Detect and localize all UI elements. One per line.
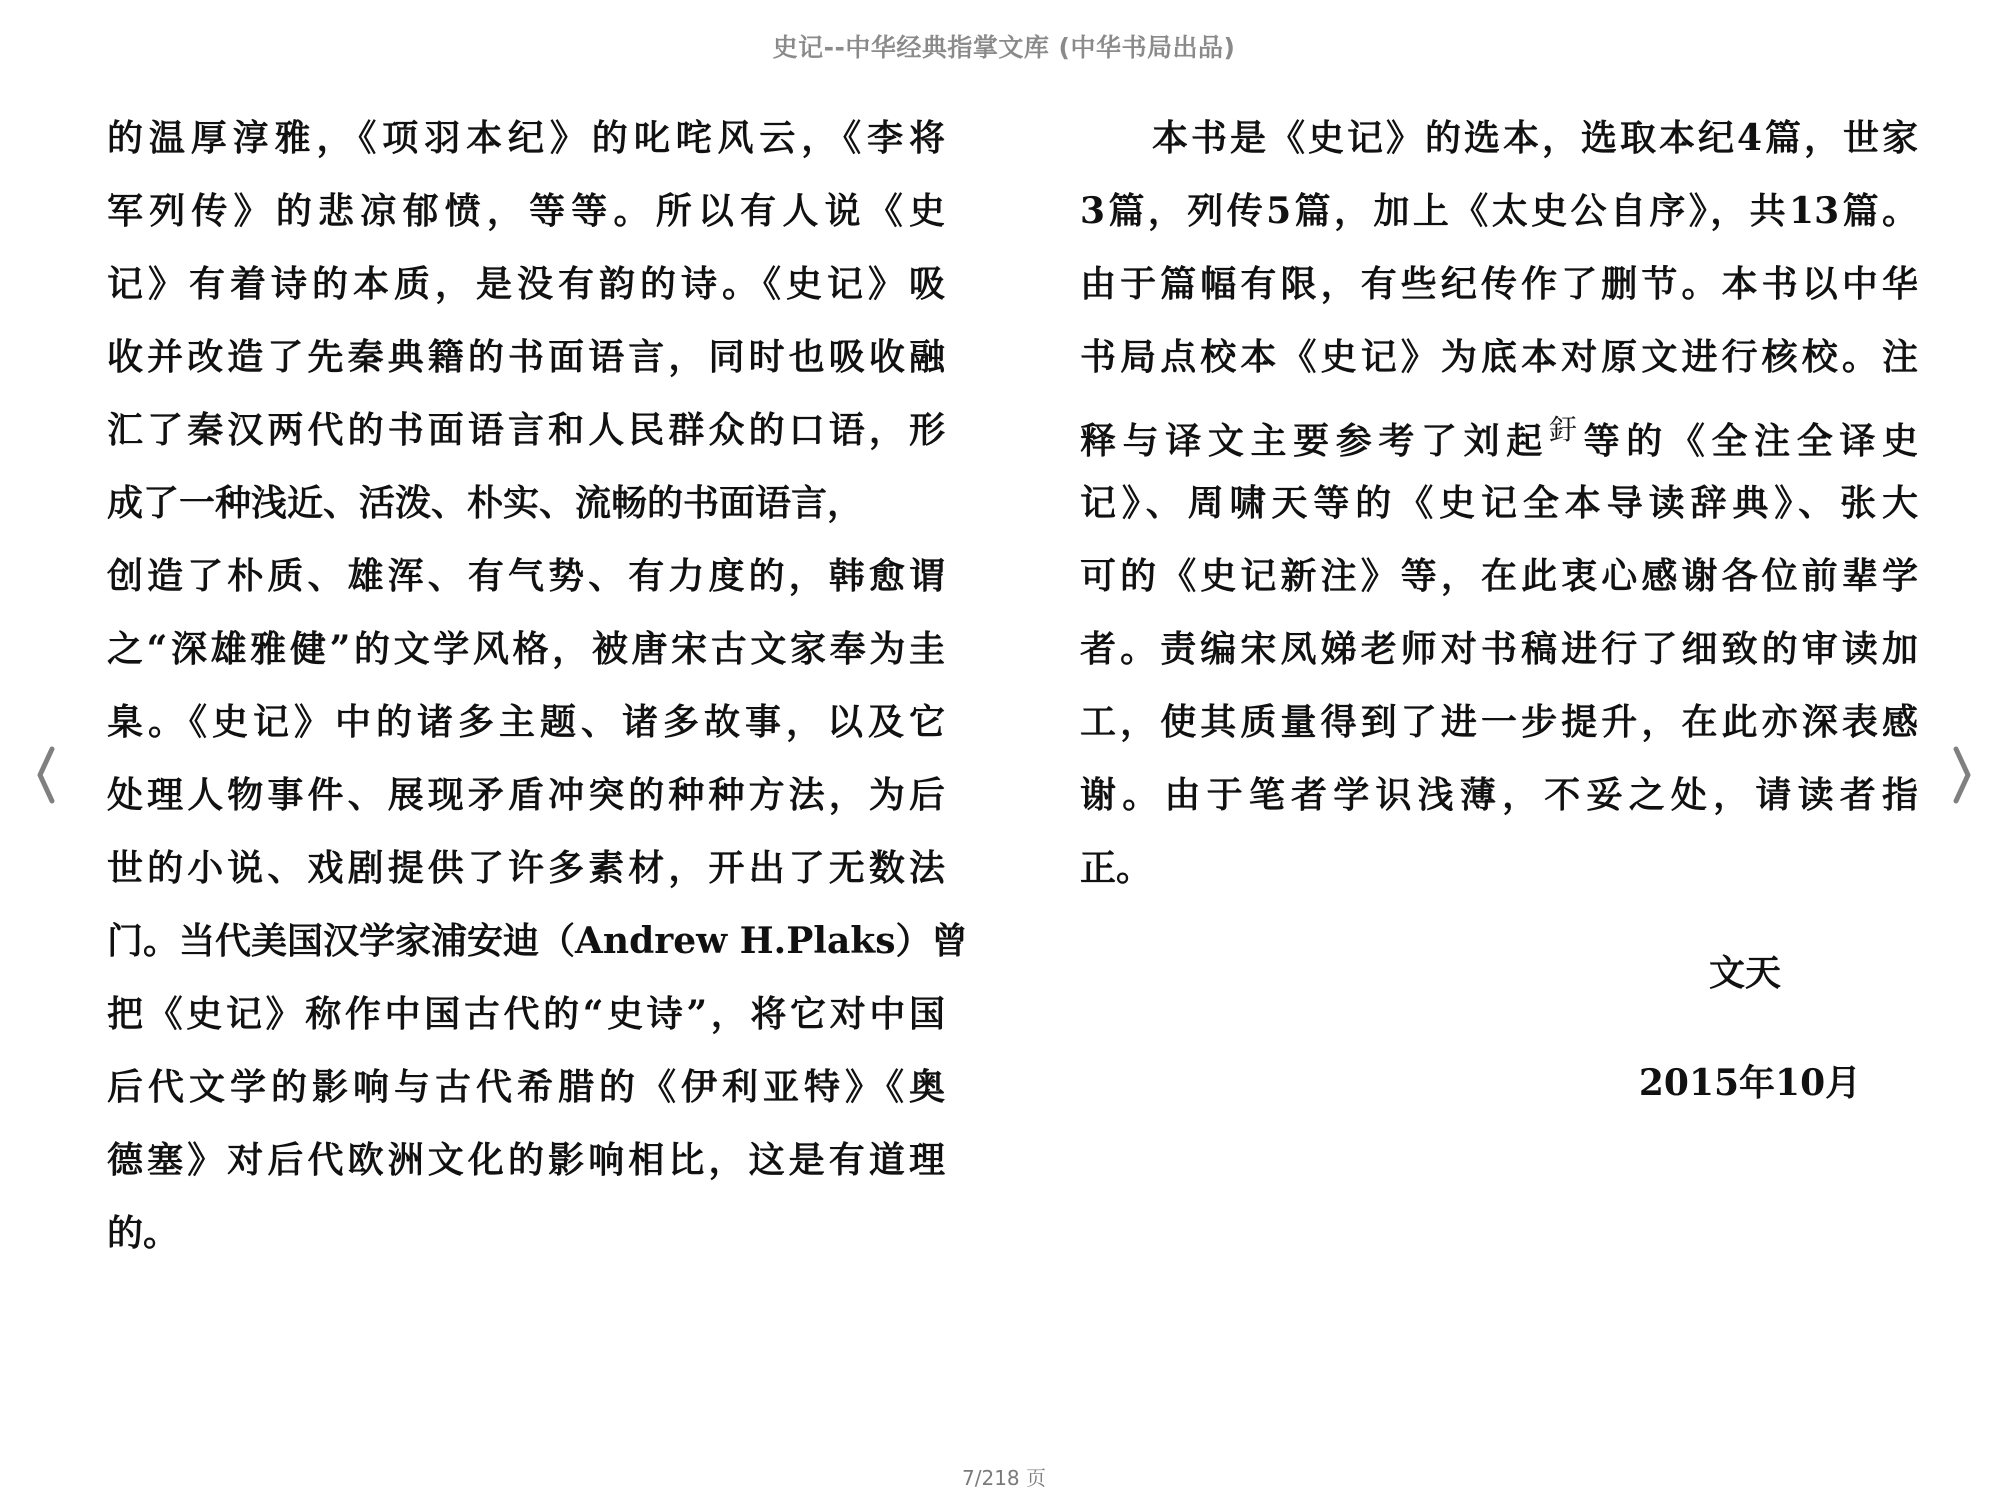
- next-page-button[interactable]: [1942, 735, 1982, 815]
- signature-date: 2015年10月: [1630, 1055, 1870, 1106]
- text-line: 门。当代美国汉学家浦安迪（Andrew H.Plaks）曾: [107, 911, 945, 984]
- text-line: 正。: [1080, 838, 1918, 911]
- text-line: 记》、周啸天等的《史记全本导读辞典》、张大: [1080, 473, 1918, 546]
- left-page-text: 的温厚淳雅，《项羽本纪》的叱咤风云，《李将 军列传》的悲凉郁愤，等等。所以有人说…: [107, 108, 945, 1276]
- text-line: 可的《史记新注》等，在此衷心感谢各位前辈学: [1080, 546, 1918, 619]
- text-line: 军列传》的悲凉郁愤，等等。所以有人说《史: [107, 181, 945, 254]
- text-line: 谢。由于笔者学识浅薄，不妥之处，请读者指: [1080, 765, 1918, 838]
- text-line: 德塞》对后代欧洲文化的影响相比，这是有道理: [107, 1130, 945, 1203]
- chevron-left-icon: [26, 735, 66, 815]
- text-line: 工，使其质量得到了进一步提升，在此亦深表感: [1080, 692, 1918, 765]
- text-segment: 等的《全注全译史: [1584, 420, 1918, 462]
- text-line: 成了一种浅近、活泼、朴实、流畅的书面语言，: [107, 473, 945, 546]
- text-line: 臬。《史记》中的诸多主题、诸多故事，以及它: [107, 692, 945, 765]
- page-indicator: 7/218 页: [0, 1462, 2008, 1491]
- signature-author: 文天: [1645, 945, 1845, 996]
- text-line: 释与译文主要参考了刘起釪等的《全注全译史: [1080, 400, 1918, 473]
- text-line: 书局点校本《史记》为底本对原文进行核校。注: [1080, 327, 1918, 400]
- text-line: 把《史记》称作中国古代的“史诗”，将它对中国: [107, 984, 945, 1057]
- text-line: 的温厚淳雅，《项羽本纪》的叱咤风云，《李将: [107, 108, 945, 181]
- book-title: 史记--中华经典指掌文库 (中华书局出品): [0, 28, 2008, 64]
- right-page-text: 本书是《史记》的选本，选取本纪4篇，世家 3篇，列传5篇，加上《太史公自序》，共…: [1080, 108, 1918, 911]
- text-line: 后代文学的影响与古代希腊的《伊利亚特》《奥: [107, 1057, 945, 1130]
- text-line: 处理人物事件、展现矛盾冲突的种种方法，为后: [107, 765, 945, 838]
- text-line: 者。责编宋凤娣老师对书稿进行了细致的审读加: [1080, 619, 1918, 692]
- text-line: 之“深雄雅健”的文学风格，被唐宋古文家奉为圭: [107, 619, 945, 692]
- text-line: 汇了秦汉两代的书面语言和人民群众的口语，形: [107, 400, 945, 473]
- chevron-right-icon: [1942, 735, 1982, 815]
- text-line: 由于篇幅有限，有些纪传作了删节。本书以中华: [1080, 254, 1918, 327]
- text-line: 的。: [107, 1203, 945, 1276]
- text-segment: 释与译文主要参考了刘起: [1080, 420, 1549, 462]
- text-line: 创造了朴质、雄浑、有气势、有力度的，韩愈谓: [107, 546, 945, 619]
- text-line: 收并改造了先秦典籍的书面语言，同时也吸收融: [107, 327, 945, 400]
- text-line: 记》有着诗的本质，是没有韵的诗。《史记》吸: [107, 254, 945, 327]
- text-line: 本书是《史记》的选本，选取本纪4篇，世家: [1080, 108, 1918, 181]
- text-line: 3篇，列传5篇，加上《太史公自序》，共13篇。: [1080, 181, 1918, 254]
- previous-page-button[interactable]: [26, 735, 66, 815]
- rare-character: 釪: [1549, 413, 1584, 446]
- text-line: 世的小说、戏剧提供了许多素材，开出了无数法: [107, 838, 945, 911]
